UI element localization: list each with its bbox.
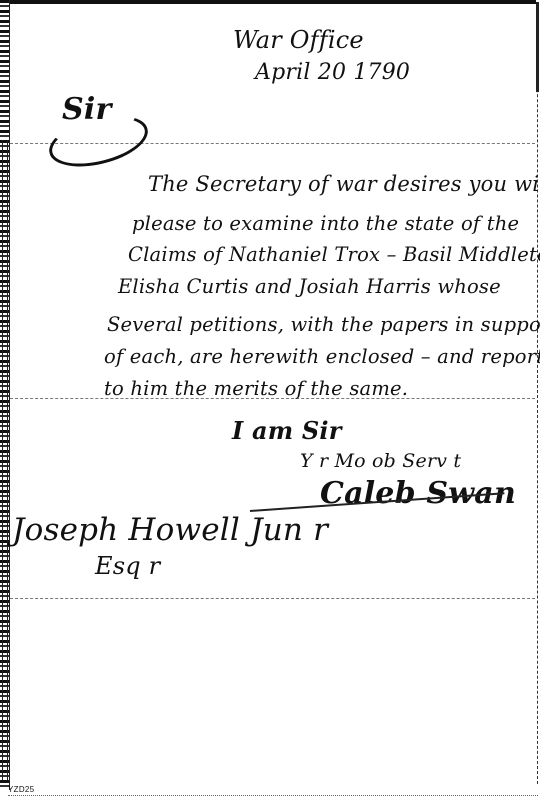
- letter-body-line: of each, are herewith enclosed – and rep…: [104, 345, 540, 368]
- letter-body-line: Several petitions, with the papers in su…: [107, 313, 540, 336]
- addressee-name: Joseph Howell Jun r: [12, 512, 328, 548]
- letter-body-line: to him the merits of the same.: [104, 377, 408, 400]
- scan-right-edge-top: [536, 2, 539, 92]
- scan-bottom-edge: [8, 795, 538, 796]
- scan-right-edge: [535, 4, 538, 784]
- catalog-mark: YZD25: [8, 785, 34, 794]
- letter-heading-date: April 20 1790: [255, 60, 410, 85]
- letter-body-line: please to examine into the state of the: [132, 212, 519, 235]
- fold-line: [10, 598, 535, 599]
- letter-subscription: Y r Mo ob Serv t: [300, 450, 461, 472]
- letter-body-line: Claims of Nathaniel Trox – Basil Middlet…: [128, 243, 540, 266]
- scanned-letter-page: War Office April 20 1790 Sir The Secreta…: [0, 0, 540, 800]
- scan-left-edge-inner: [2, 140, 8, 780]
- letter-closing: I am Sir: [232, 416, 342, 445]
- letter-body-line: The Secretary of war desires you will: [148, 172, 540, 196]
- letter-body-line: Elisha Curtis and Josiah Harris whose: [118, 275, 501, 298]
- scan-top-border: [6, 0, 536, 4]
- addressee-title: Esq r: [95, 552, 160, 580]
- salutation-flourish: [44, 106, 153, 175]
- letter-heading-place: War Office: [233, 26, 364, 54]
